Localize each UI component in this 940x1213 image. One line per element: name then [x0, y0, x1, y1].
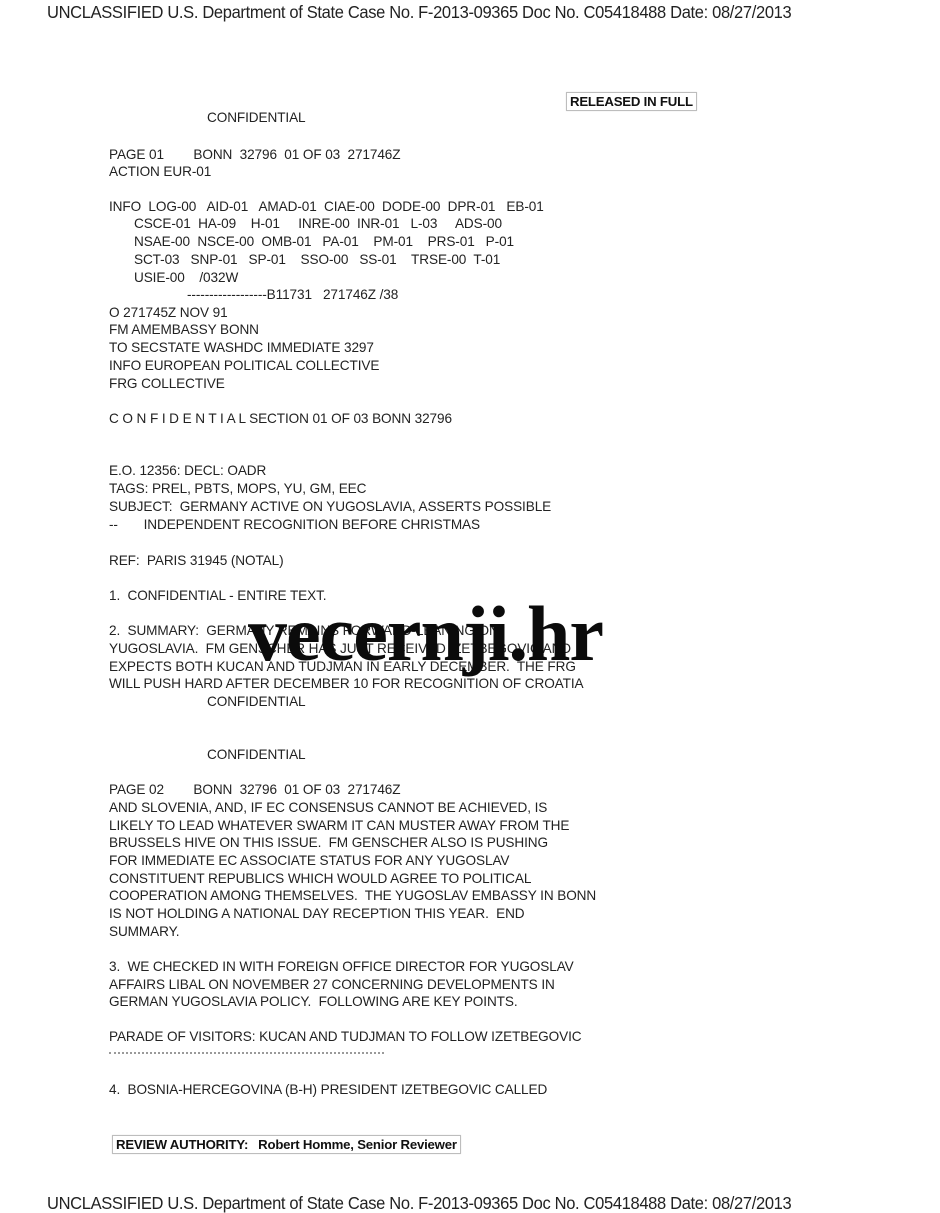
info-to-line-2: FRG COLLECTIVE — [109, 375, 225, 393]
paragraph-2-line: WILL PUSH HARD AFTER DECEMBER 10 FOR REC… — [109, 675, 583, 693]
paragraph-2-continued-line: AND SLOVENIA, AND, IF EC CONSENSUS CANNO… — [109, 799, 547, 817]
info-line: CSCE-01 HA-09 H-01 INRE-00 INR-01 L-03 A… — [134, 215, 502, 233]
classification-marking-page2: CONFIDENTIAL — [207, 746, 306, 764]
vecernji-watermark: vecernji.hr — [248, 595, 603, 673]
section-heading: PARADE OF VISITORS: KUCAN AND TUDJMAN TO… — [109, 1028, 581, 1046]
info-line: NSAE-00 NSCE-00 OMB-01 PA-01 PM-01 PRS-0… — [134, 233, 514, 251]
ref-line: REF: PARIS 31945 (NOTAL) — [109, 552, 284, 570]
paragraph-4: 4. BOSNIA-HERCEGOVINA (B-H) PRESIDENT IZ… — [109, 1081, 547, 1099]
paragraph-2-continued-line: CONSTITUENT REPUBLICS WHICH WOULD AGREE … — [109, 870, 531, 888]
to-line: TO SECSTATE WASHDC IMMEDIATE 3297 — [109, 339, 374, 357]
subject-line: SUBJECT: GERMANY ACTIVE ON YUGOSLAVIA, A… — [109, 498, 551, 516]
paragraph-2-continued-line: SUMMARY. — [109, 923, 179, 941]
page-line-01: PAGE 01 BONN 32796 01 OF 03 271746Z — [109, 146, 400, 164]
declassification-header: UNCLASSIFIED U.S. Department of State Ca… — [47, 2, 791, 23]
declassification-footer: UNCLASSIFIED U.S. Department of State Ca… — [47, 1193, 791, 1213]
classification-marking-bottom: CONFIDENTIAL — [207, 693, 306, 711]
paragraph-3-line: AFFAIRS LIBAL ON NOVEMBER 27 CONCERNING … — [109, 976, 555, 994]
review-authority-stamp: REVIEW AUTHORITY:Robert Homme, Senior Re… — [112, 1135, 461, 1154]
from-line: FM AMEMBASSY BONN — [109, 321, 259, 339]
paragraph-2-continued-line: LIKELY TO LEAD WHATEVER SWARM IT CAN MUS… — [109, 817, 569, 835]
info-line: INFO LOG-00 AID-01 AMAD-01 CIAE-00 DODE-… — [109, 198, 544, 216]
tags-line: TAGS: PREL, PBTS, MOPS, YU, GM, EEC — [109, 480, 366, 498]
action-line: ACTION EUR-01 — [109, 163, 211, 181]
info-line: USIE-00 /032W — [134, 269, 238, 287]
page-line-02: PAGE 02 BONN 32796 01 OF 03 271746Z — [109, 781, 400, 799]
section-line: C O N F I D E N T I A L SECTION 01 OF 03… — [109, 410, 452, 428]
reviewer-name: Robert Homme, Senior Reviewer — [258, 1137, 457, 1152]
paragraph-3-line: GERMAN YUGOSLAVIA POLICY. FOLLOWING ARE … — [109, 993, 518, 1011]
released-in-full-stamp: RELEASED IN FULL — [566, 92, 697, 111]
date-time-group: O 271745Z NOV 91 — [109, 304, 228, 322]
info-to-line: INFO EUROPEAN POLITICAL COLLECTIVE — [109, 357, 379, 375]
classification-marking-top: CONFIDENTIAL — [207, 109, 306, 127]
paragraph-2-continued-line: IS NOT HOLDING A NATIONAL DAY RECEPTION … — [109, 905, 525, 923]
paragraph-2-continued-line: FOR IMMEDIATE EC ASSOCIATE STATUS FOR AN… — [109, 852, 509, 870]
paragraph-2-continued-line: BRUSSELS HIVE ON THIS ISSUE. FM GENSCHER… — [109, 834, 548, 852]
routing-line: ------------------B11731 271746Z /38 — [187, 286, 398, 304]
paragraph-2-continued-line: COOPERATION AMONG THEMSELVES. THE YUGOSL… — [109, 887, 596, 905]
heading-underline-divider — [109, 1052, 384, 1054]
eo-line: E.O. 12356: DECL: OADR — [109, 462, 266, 480]
info-line: SCT-03 SNP-01 SP-01 SSO-00 SS-01 TRSE-00… — [134, 251, 500, 269]
paragraph-3-line: 3. WE CHECKED IN WITH FOREIGN OFFICE DIR… — [109, 958, 574, 976]
review-authority-label: REVIEW AUTHORITY: — [116, 1137, 248, 1152]
subject-continuation: -- INDEPENDENT RECOGNITION BEFORE CHRIST… — [109, 516, 480, 534]
